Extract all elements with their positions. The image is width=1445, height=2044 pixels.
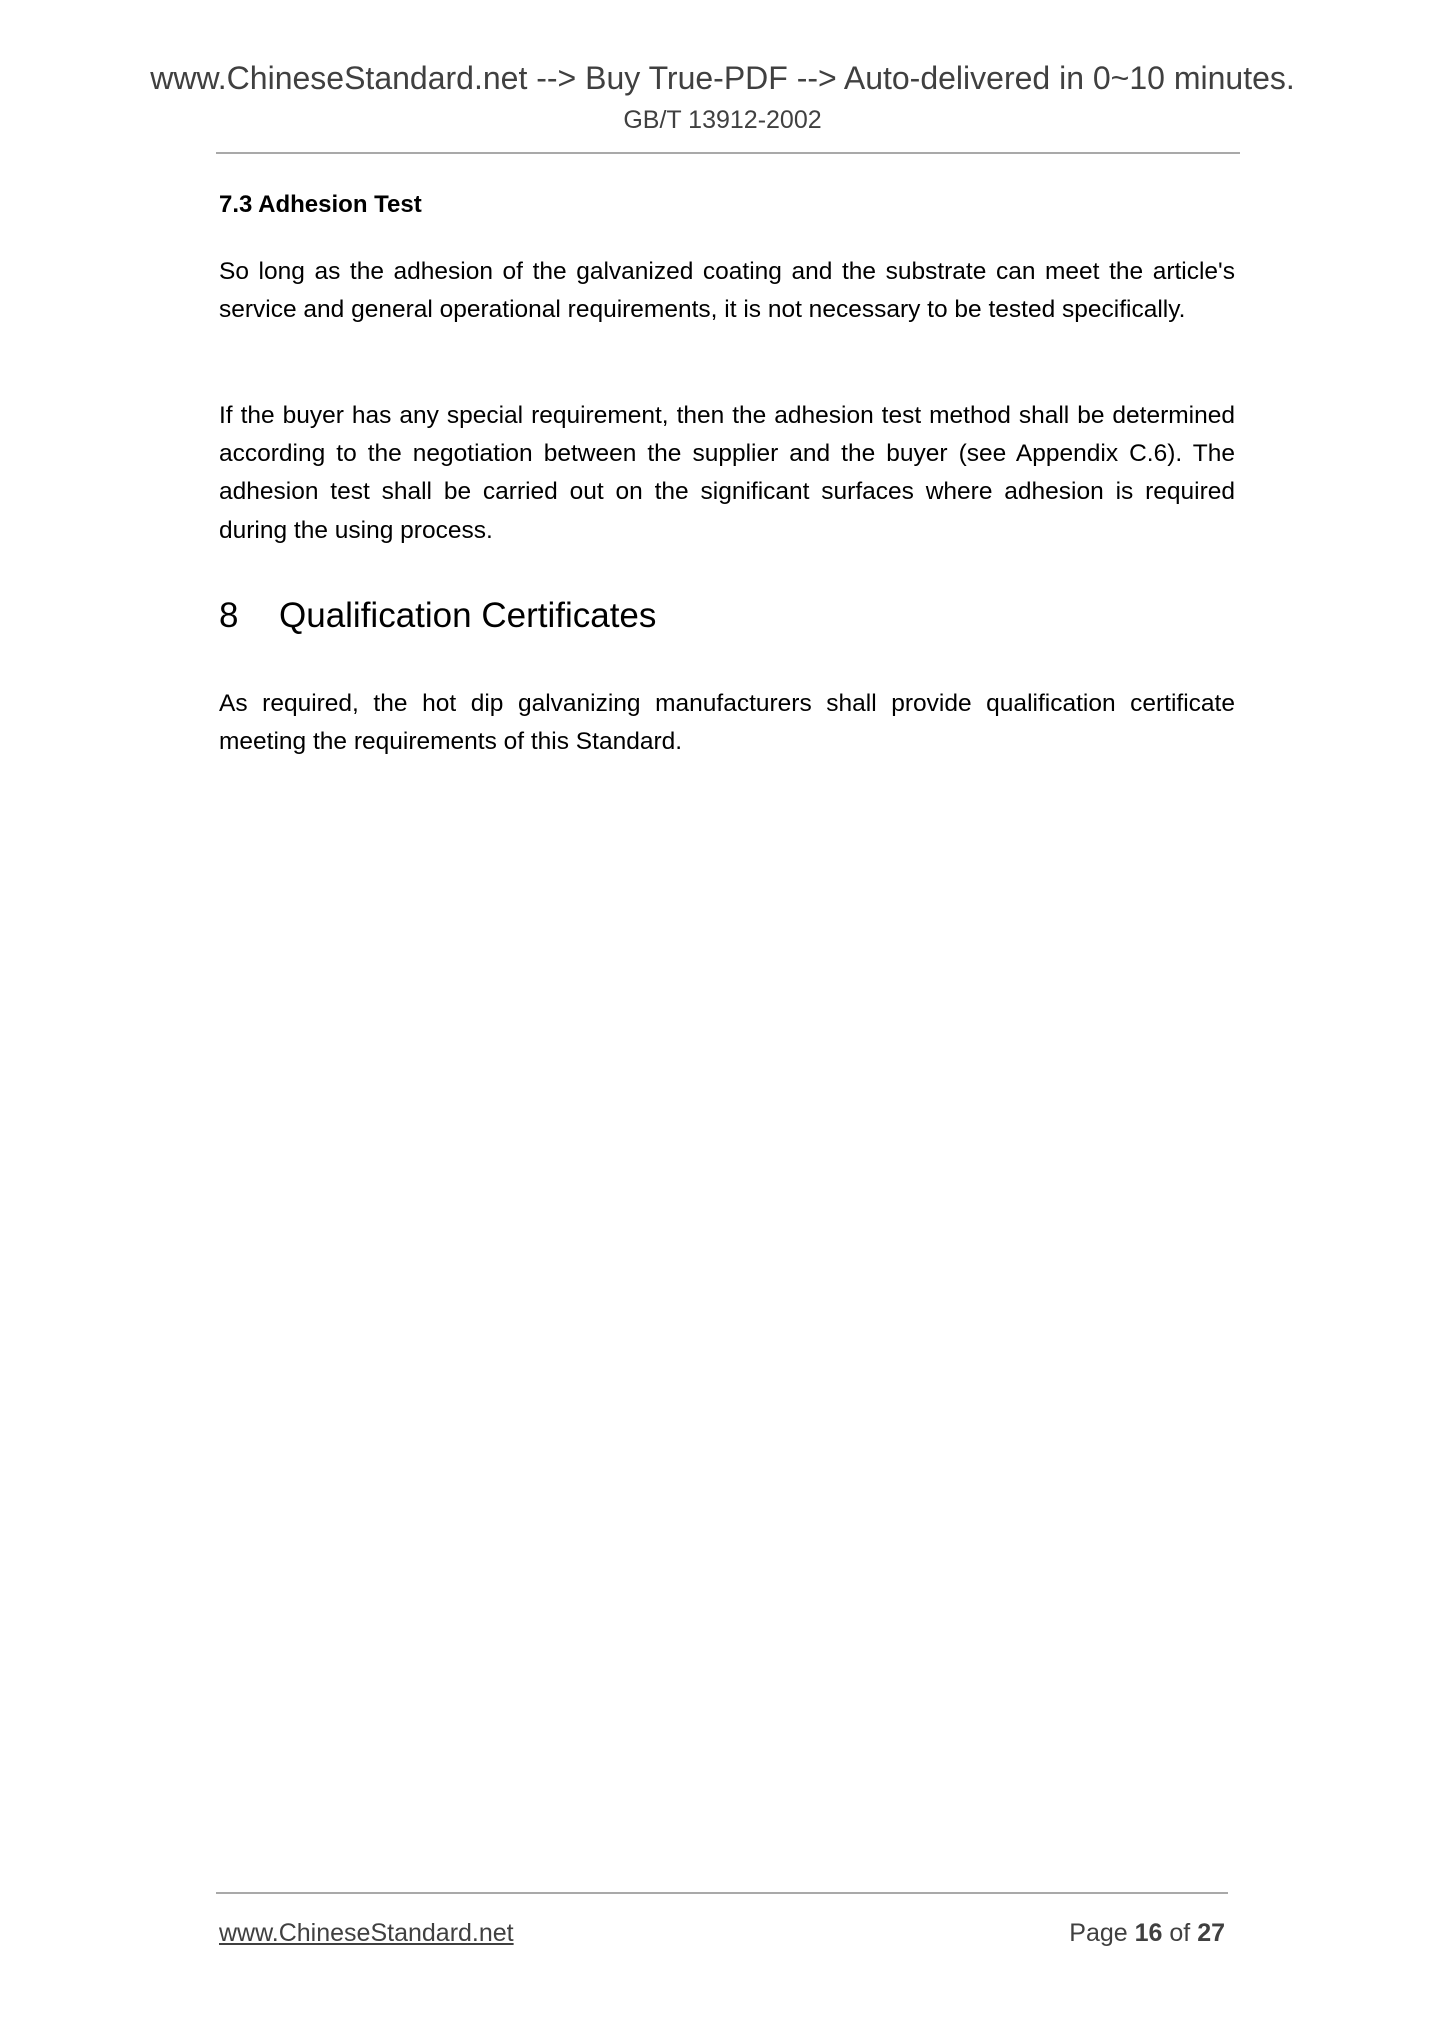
page-current: 16 (1135, 1919, 1163, 1947)
page-prefix: Page (1069, 1919, 1127, 1947)
header-divider (216, 152, 1240, 154)
footer-divider (216, 1892, 1228, 1894)
section-7-3-paragraph-1: So long as the adhesion of the galvanize… (219, 253, 1235, 329)
page-of: of (1169, 1919, 1190, 1947)
header-banner: www.ChineseStandard.net --> Buy True-PDF… (0, 58, 1445, 98)
footer-website-link[interactable]: www.ChineseStandard.net (219, 1918, 514, 1948)
page-total: 27 (1197, 1919, 1225, 1947)
section-7-3-paragraph-2: If the buyer has any special requirement… (219, 397, 1235, 550)
section-7-3-title: 7.3 Adhesion Test (219, 190, 422, 220)
document-id: GB/T 13912-2002 (0, 105, 1445, 135)
page-number: Page 16 of 27 (1069, 1918, 1225, 1948)
section-8-title: Qualification Certificates (279, 596, 656, 635)
section-8-heading: 8Qualification Certificates (219, 594, 656, 638)
section-8-paragraph-1: As required, the hot dip galvanizing man… (219, 685, 1235, 761)
section-8-number: 8 (219, 594, 279, 638)
